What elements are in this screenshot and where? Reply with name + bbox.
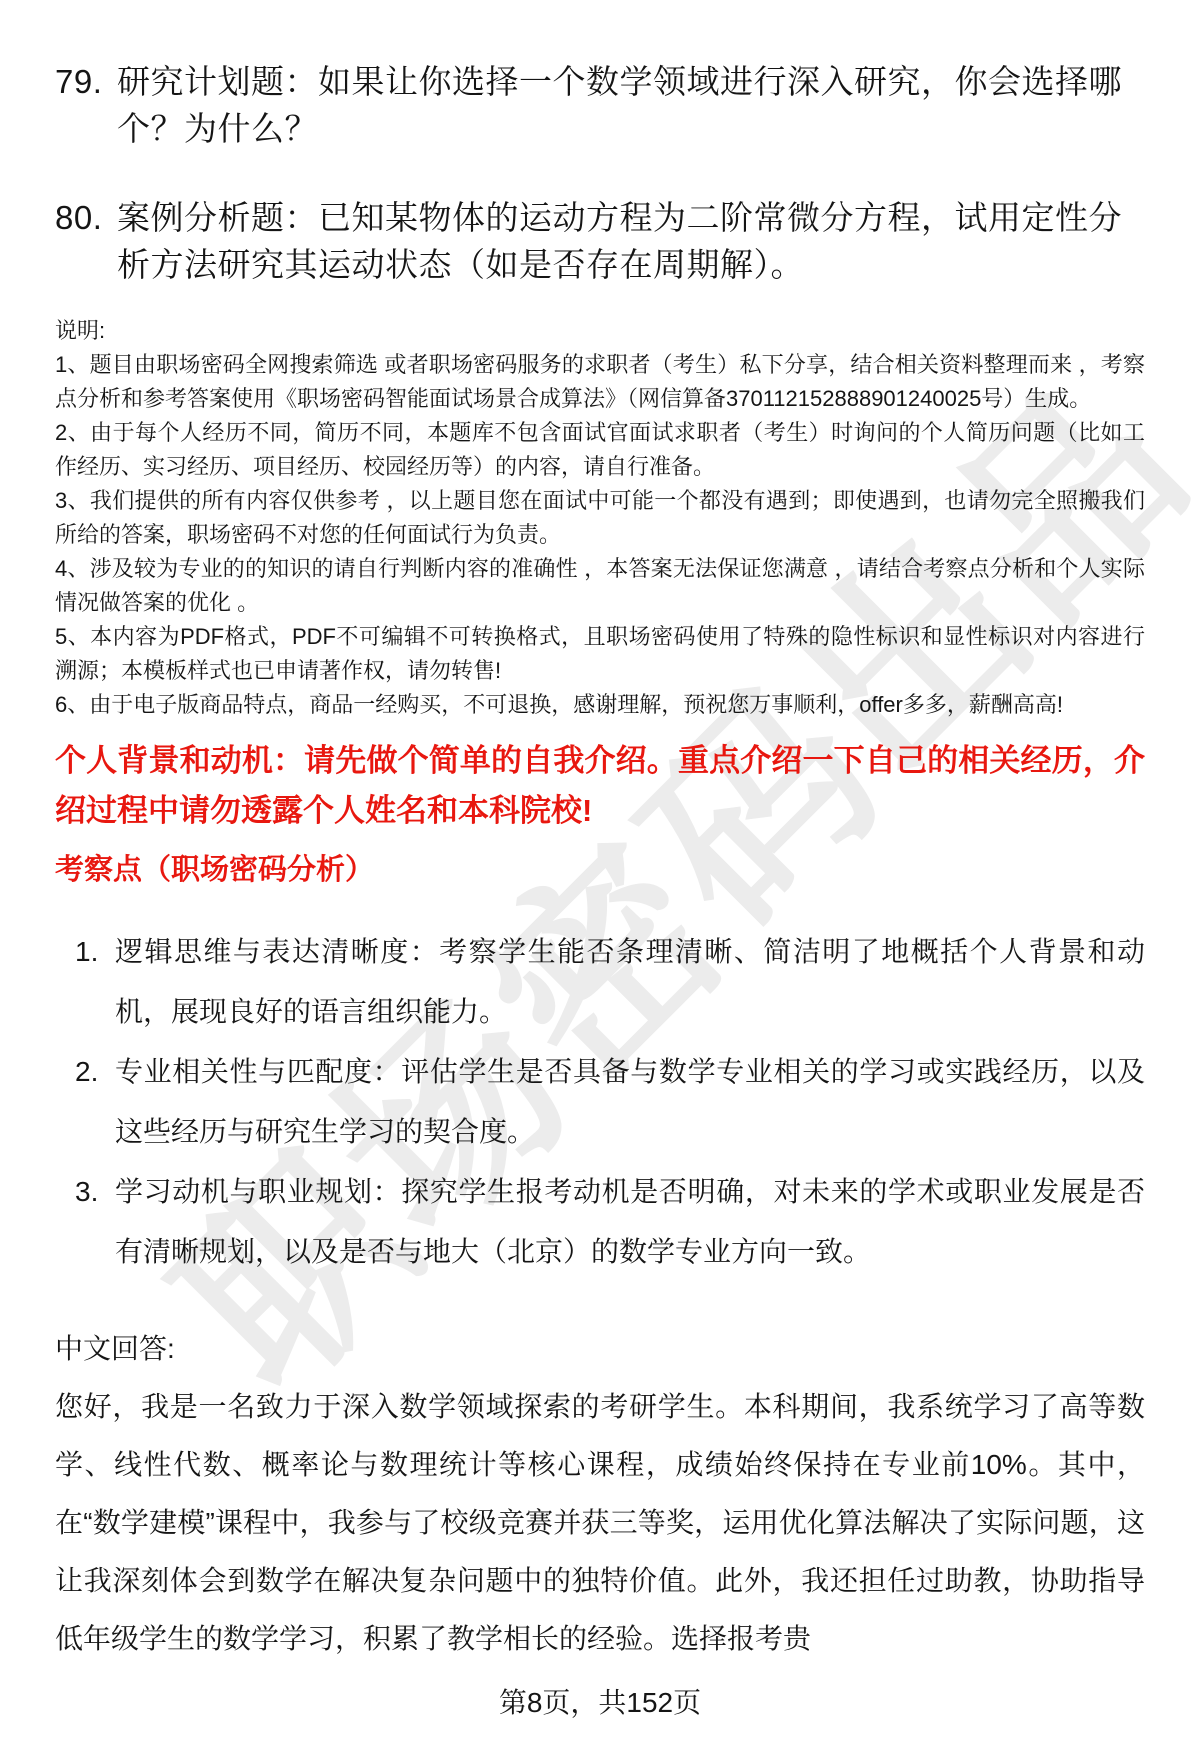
point-number: 3. xyxy=(75,1162,115,1282)
point-number: 2. xyxy=(75,1042,115,1162)
analysis-heading: 考察点（职场密码分析） xyxy=(55,852,1145,888)
answer-paragraph: 您好，我是一名致力于深入数学领域探索的考研学生。本科期间，我系统学习了高等数学、… xyxy=(55,1378,1145,1668)
page-footer: 第8页，共152页 xyxy=(0,1686,1200,1720)
note-item-2: 2、由于每个人经历不同，简历不同，本题库不包含面试官面试求职者（考生）时询问的个… xyxy=(55,416,1145,484)
question-79: 79. 研究计划题：如果让你选择一个数学领域进行深入研究，你会选择哪个？为什么？ xyxy=(55,58,1145,152)
disclaimer-notes: 说明: 1、题目由职场密码全网搜索筛选 或者职场密码服务的求职者（考生）私下分享… xyxy=(55,314,1145,722)
point-text: 逻辑思维与表达清晰度：考察学生能否条理清晰、简洁明了地概括个人背景和动机，展现良… xyxy=(115,922,1145,1042)
note-item-4: 4、涉及较为专业的的知识的请自行判断内容的准确性 ，本答案无法保证您满意 ，请结… xyxy=(55,552,1145,620)
pdf-page: 职场密码出品 79. 研究计划题：如果让你选择一个数学领域进行深入研究，你会选择… xyxy=(0,0,1200,1755)
note-item-3: 3、我们提供的所有内容仅供参考 ，以上题目您在面试中可能一个都没有遇到；即使遇到… xyxy=(55,484,1145,552)
analysis-points: 1. 逻辑思维与表达清晰度：考察学生能否条理清晰、简洁明了地概括个人背景和动机，… xyxy=(55,922,1145,1282)
notes-title: 说明: xyxy=(55,314,1145,348)
question-number: 80. xyxy=(55,194,117,288)
question-80: 80. 案例分析题：已知某物体的运动方程为二阶常微分方程，试用定性分析方法研究其… xyxy=(55,194,1145,288)
analysis-point-3: 3. 学习动机与职业规划：探究学生报考动机是否明确，对未来的学术或职业发展是否有… xyxy=(55,1162,1145,1282)
point-text: 专业相关性与匹配度：评估学生是否具备与数学专业相关的学习或实践经历，以及这些经历… xyxy=(115,1042,1145,1162)
question-text: 研究计划题：如果让你选择一个数学领域进行深入研究，你会选择哪个？为什么？ xyxy=(117,58,1145,152)
interview-prompt: 个人背景和动机：请先做个简单的自我介绍。重点介绍一下自己的相关经历，介绍过程中请… xyxy=(55,736,1145,836)
question-text: 案例分析题：已知某物体的运动方程为二阶常微分方程，试用定性分析方法研究其运动状态… xyxy=(117,194,1145,288)
note-item-1: 1、题目由职场密码全网搜索筛选 或者职场密码服务的求职者（考生）私下分享，结合相… xyxy=(55,348,1145,416)
point-number: 1. xyxy=(75,922,115,1042)
question-number: 79. xyxy=(55,58,117,152)
analysis-point-1: 1. 逻辑思维与表达清晰度：考察学生能否条理清晰、简洁明了地概括个人背景和动机，… xyxy=(55,922,1145,1042)
answer-label: 中文回答: xyxy=(55,1320,1145,1378)
note-item-5: 5、本内容为PDF格式，PDF不可编辑不可转换格式，且职场密码使用了特殊的隐性标… xyxy=(55,620,1145,688)
point-text: 学习动机与职业规划：探究学生报考动机是否明确，对未来的学术或职业发展是否有清晰规… xyxy=(115,1162,1145,1282)
analysis-point-2: 2. 专业相关性与匹配度：评估学生是否具备与数学专业相关的学习或实践经历，以及这… xyxy=(55,1042,1145,1162)
page-content: 79. 研究计划题：如果让你选择一个数学领域进行深入研究，你会选择哪个？为什么？… xyxy=(0,0,1200,1668)
note-item-6: 6、由于电子版商品特点，商品一经购买，不可退换，感谢理解，预祝您万事顺利，off… xyxy=(55,688,1145,722)
